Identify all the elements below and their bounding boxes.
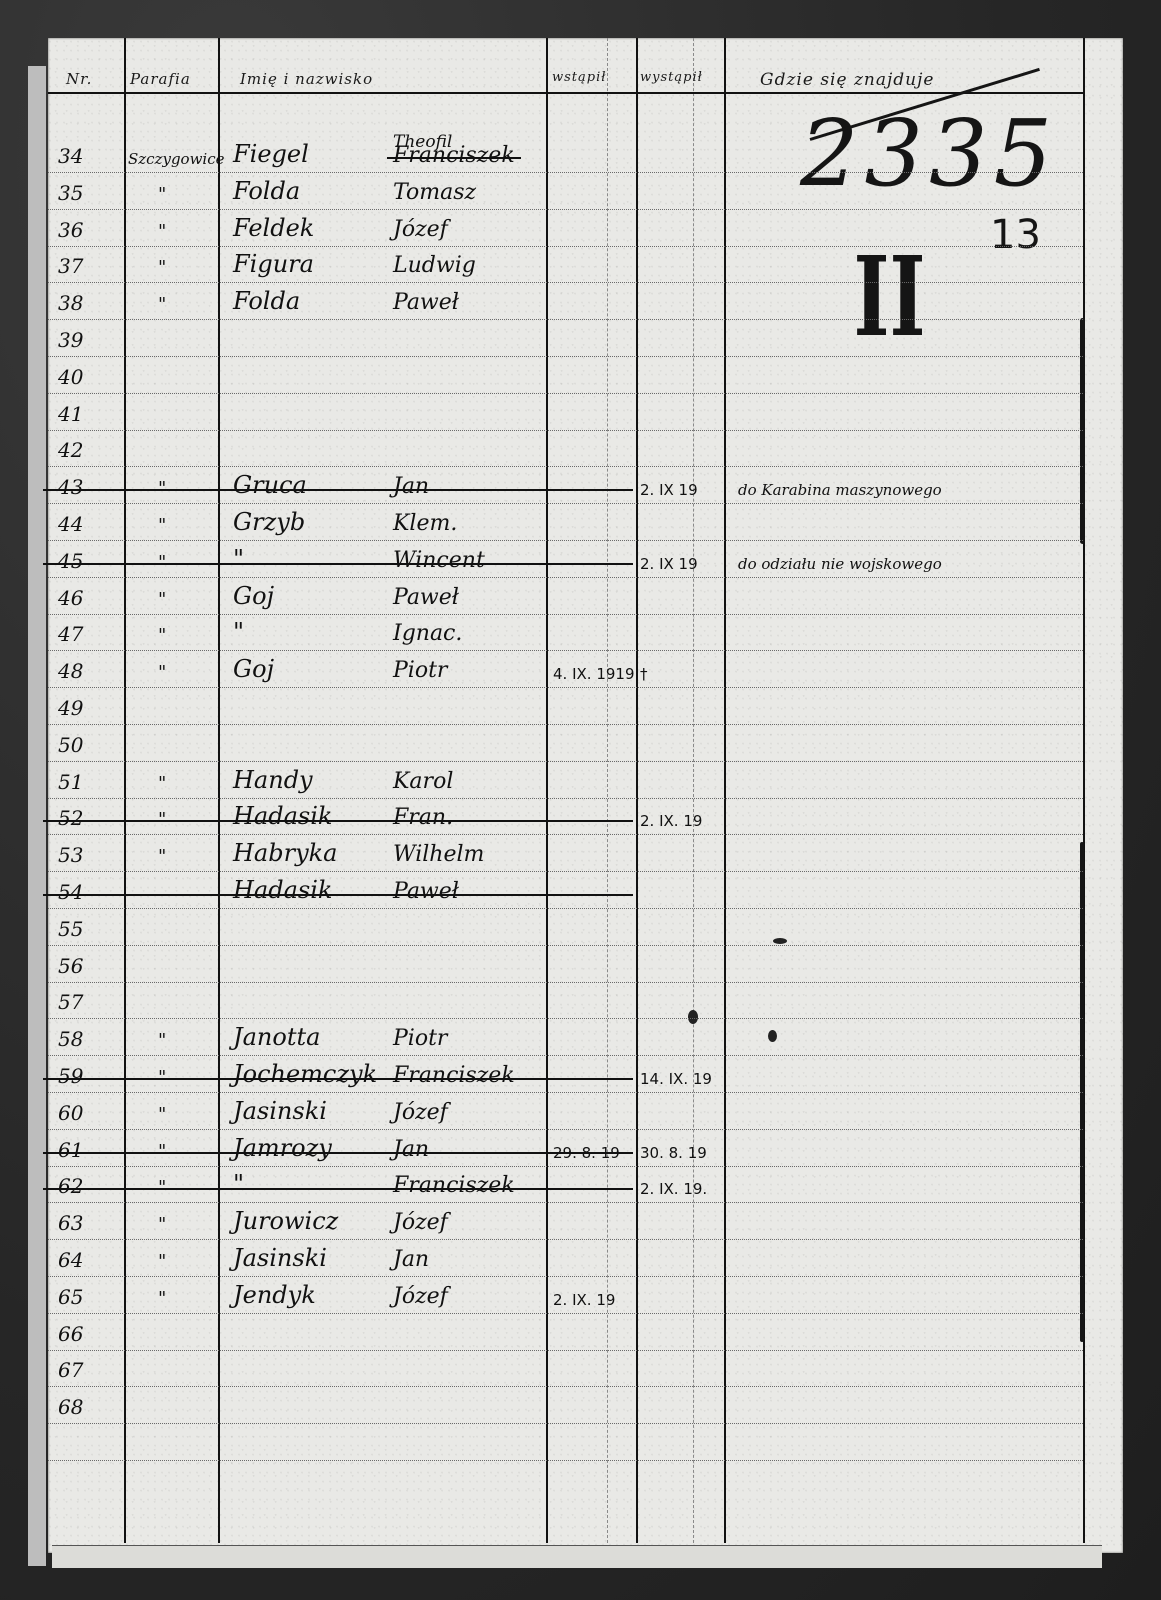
row-surname: Jasinski [233,1097,327,1125]
row-number: 38 [58,291,83,315]
row-given-name: Wincent [393,548,485,573]
ruled-line [48,1055,1083,1056]
row-number: 34 [58,144,83,168]
row-given-name: Karol [393,769,453,794]
header-whereabouts: Gdzie się znajduje [760,70,934,90]
ruled-line [48,908,1083,909]
ruled-line [48,319,1083,320]
ruled-line [48,209,1083,210]
row-parish: " [158,1251,166,1272]
row-surname: Jasinski [233,1244,327,1272]
row-surname: Hadasik [233,876,332,904]
register-row: 59"JochemczykFranciszek14. IX. 19 [48,1056,1083,1092]
ruled-line [48,614,1083,615]
row-number: 53 [58,843,83,867]
row-parish: " [158,1288,166,1309]
row-surname: Jochemczyk [233,1060,377,1088]
row-number: 39 [58,328,83,352]
register-row: 42 [48,430,1083,466]
row-left-date: 2. IX 19 [640,555,698,573]
ruled-line [48,246,1083,247]
row-parish: " [158,1214,166,1235]
row-surname: Jamrozy [233,1134,332,1162]
row-parish: " [158,1177,166,1198]
register-row: 35"FoldaTomasz [48,173,1083,209]
row-parish: " [158,1067,166,1088]
row-surname: Habryka [233,839,337,867]
register-row: 38"FoldaPaweł [48,283,1083,319]
register-row: 55 [48,909,1083,945]
row-parish: " [158,515,166,536]
ruled-line [48,1166,1083,1167]
row-left-date: 2. IX 19 [640,481,698,499]
row-surname: Grzyb [233,508,305,536]
row-surname: Goj [233,655,274,683]
row-given-name: Klem. [393,511,457,536]
register-row: 60"JasinskiJózef [48,1093,1083,1129]
row-surname: " [233,1170,244,1198]
register-row: 62""Franciszek2. IX. 19. [48,1166,1083,1202]
ruled-line [48,650,1083,651]
row-parish: " [158,662,166,683]
row-number: 37 [58,254,83,278]
row-given-name: Tomasz [393,180,476,205]
row-surname: Folda [233,287,300,315]
row-number: 49 [58,696,83,720]
ruled-line [48,687,1083,688]
row-given-name: Franciszek [393,1173,515,1198]
row-parish: " [158,294,166,315]
row-parish: " [158,809,166,830]
register-row: 50 [48,725,1083,761]
ruled-line [48,430,1083,431]
register-row: 65"JendykJózef2. IX. 19 [48,1277,1083,1313]
row-left-date: 30. 8. 19 [640,1144,707,1162]
header-rule [48,92,1083,94]
row-number: 35 [58,181,83,205]
header-left: wystąpił [640,70,703,85]
row-given-name: Józef [393,1100,448,1125]
row-number: 67 [58,1358,83,1382]
ruled-line [48,1423,1083,1424]
register-row: 63"JurowiczJózef [48,1203,1083,1239]
ruled-line [48,1386,1083,1387]
register-row: 58"JanottaPiotr [48,1019,1083,1055]
row-number: 47 [58,622,83,646]
row-given-name: Józef [393,1210,448,1235]
register-row: 68 [48,1387,1083,1423]
ruled-line [48,356,1083,357]
row-parish: " [158,221,166,242]
ruled-line [48,834,1083,835]
row-entered-date: 2. IX. 19 [553,1291,615,1309]
row-given-name: Wilhelm [393,842,484,867]
ruled-line [48,1276,1083,1277]
ruled-line [48,724,1083,725]
row-number: 48 [58,659,83,683]
row-surname: Folda [233,177,300,205]
register-row: 52"HadasikFran.2. IX. 19 [48,798,1083,834]
ruled-line [48,1239,1083,1240]
register-row: 54HadasikPaweł [48,872,1083,908]
register-row: 34SzczygowiceFiegelFranciszekTheofil [48,136,1083,172]
row-left-date: 14. IX. 19 [640,1070,712,1088]
row-parish: " [158,478,166,499]
ruled-line [48,503,1083,504]
row-number: 36 [58,218,83,242]
ruled-line [48,540,1083,541]
ruled-line [48,1092,1083,1093]
ruled-line [48,1202,1083,1203]
register-row: 56 [48,946,1083,982]
register-row: 53"HabrykaWilhelm [48,835,1083,871]
row-number: 63 [58,1211,83,1235]
page-bottom-edge [52,1545,1102,1568]
header-nr: Nr. [66,70,92,88]
row-surname: Jurowicz [233,1207,338,1235]
register-row: 45""Wincent2. IX 19do odziału nie wojsko… [48,541,1083,577]
row-number: 43 [58,475,83,499]
row-parish: " [158,184,166,205]
row-parish: " [158,552,166,573]
register-row: 51"HandyKarol [48,762,1083,798]
ruled-line [48,393,1083,394]
ruled-line [48,798,1083,799]
row-number: 45 [58,549,83,573]
row-number: 65 [58,1285,83,1309]
row-given-name: Franciszek [393,1063,515,1088]
row-left-date: † [640,665,648,683]
row-surname: Goj [233,582,274,610]
row-entered-date: 29. 8. 19 [553,1144,620,1162]
row-number: 58 [58,1027,83,1051]
row-given-name: Jan [393,1137,429,1162]
header-parish: Parafia [130,70,191,88]
ruled-line [48,982,1083,983]
ruled-line [48,1313,1083,1314]
row-number: 52 [58,806,83,830]
row-given-name: Fran. [393,805,453,830]
row-number: 46 [58,586,83,610]
register-row: 47""Ignac. [48,614,1083,650]
row-given-name: Ludwig [393,253,476,278]
row-surname: " [233,618,244,646]
row-parish: " [158,589,166,610]
register-row: 44"GrzybKlem. [48,504,1083,540]
row-surname: Gruca [233,471,307,499]
row-parish: " [158,625,166,646]
row-number: 66 [58,1322,83,1346]
register-row: 40 [48,357,1083,393]
underlying-page-edge [28,66,46,1566]
row-number: 68 [58,1395,83,1419]
row-given-name: Paweł [393,879,459,904]
ruled-line [48,1350,1083,1351]
row-whereabouts: do odziału nie wojskowego [738,555,942,573]
ruled-line [48,466,1083,467]
row-surname: Figura [233,250,314,278]
row-number: 51 [58,770,83,794]
register-row: 37"FiguraLudwig [48,246,1083,282]
row-number: 42 [58,438,83,462]
row-number: 62 [58,1174,83,1198]
ruled-line [48,761,1083,762]
row-number: 61 [58,1138,83,1162]
row-given-name: Paweł [393,585,459,610]
row-number: 60 [58,1101,83,1125]
register-row: 48"GojPiotr4. IX. 1919† [48,651,1083,687]
row-surname: " [233,545,244,573]
row-left-date: 2. IX. 19 [640,812,702,830]
row-surname: Jendyk [233,1281,316,1309]
row-parish: " [158,1030,166,1051]
row-parish: " [158,1141,166,1162]
register-row: 46"GojPaweł [48,578,1083,614]
row-given-name: Paweł [393,290,459,315]
row-parish: Szczygowice [128,150,225,168]
row-number: 55 [58,917,83,941]
ruled-line [48,871,1083,872]
register-row: 49 [48,688,1083,724]
row-parish: " [158,846,166,867]
register-row: 57 [48,982,1083,1018]
row-number: 44 [58,512,83,536]
row-surname: Handy [233,766,313,794]
row-number: 41 [58,402,83,426]
row-given-name: Józef [393,1284,448,1309]
row-number: 50 [58,733,83,757]
header-name: Imię i nazwisko [240,70,373,88]
row-parish: " [158,1104,166,1125]
row-given-name: Jan [393,1247,429,1272]
row-given-name-correction: Theofil [393,132,452,152]
ruled-line [48,172,1083,173]
ruled-line [48,1018,1083,1019]
row-number: 59 [58,1064,83,1088]
row-given-name: Jan [393,474,429,499]
row-number: 40 [58,365,83,389]
row-given-name: Piotr [393,1026,447,1051]
row-parish: " [158,257,166,278]
row-surname: Fiegel [233,140,309,168]
register-row: 64"JasinskiJan [48,1240,1083,1276]
ruled-line [48,1460,1083,1461]
row-given-name: Ignac. [393,621,462,646]
register-row: 41 [48,394,1083,430]
row-entered-date: 4. IX. 1919 [553,665,635,683]
header-entered: wstąpił [552,70,606,85]
register-row: 66 [48,1314,1083,1350]
register-row: 61"JamrozyJan29. 8. 1930. 8. 19 [48,1130,1083,1166]
row-number: 57 [58,990,83,1014]
row-surname: Feldek [233,214,314,242]
register-row: 67 [48,1350,1083,1386]
row-number: 56 [58,954,83,978]
row-given-name: Józef [393,217,448,242]
row-surname: Hadasik [233,802,332,830]
ruled-line [48,945,1083,946]
row-surname: Janotta [233,1023,320,1051]
row-whereabouts: do Karabina maszynowego [738,481,942,499]
row-number: 64 [58,1248,83,1272]
ruled-line [48,1129,1083,1130]
register-row: 43"GrucaJan2. IX 19do Karabina maszynowe… [48,467,1083,503]
register-row: 36"FeldekJózef [48,210,1083,246]
row-given-name: Piotr [393,658,447,683]
row-left-date: 2. IX. 19. [640,1180,707,1198]
register-row: 39 [48,320,1083,356]
row-parish: " [158,773,166,794]
ruled-line [48,282,1083,283]
row-number: 54 [58,880,83,904]
ruled-line [48,577,1083,578]
